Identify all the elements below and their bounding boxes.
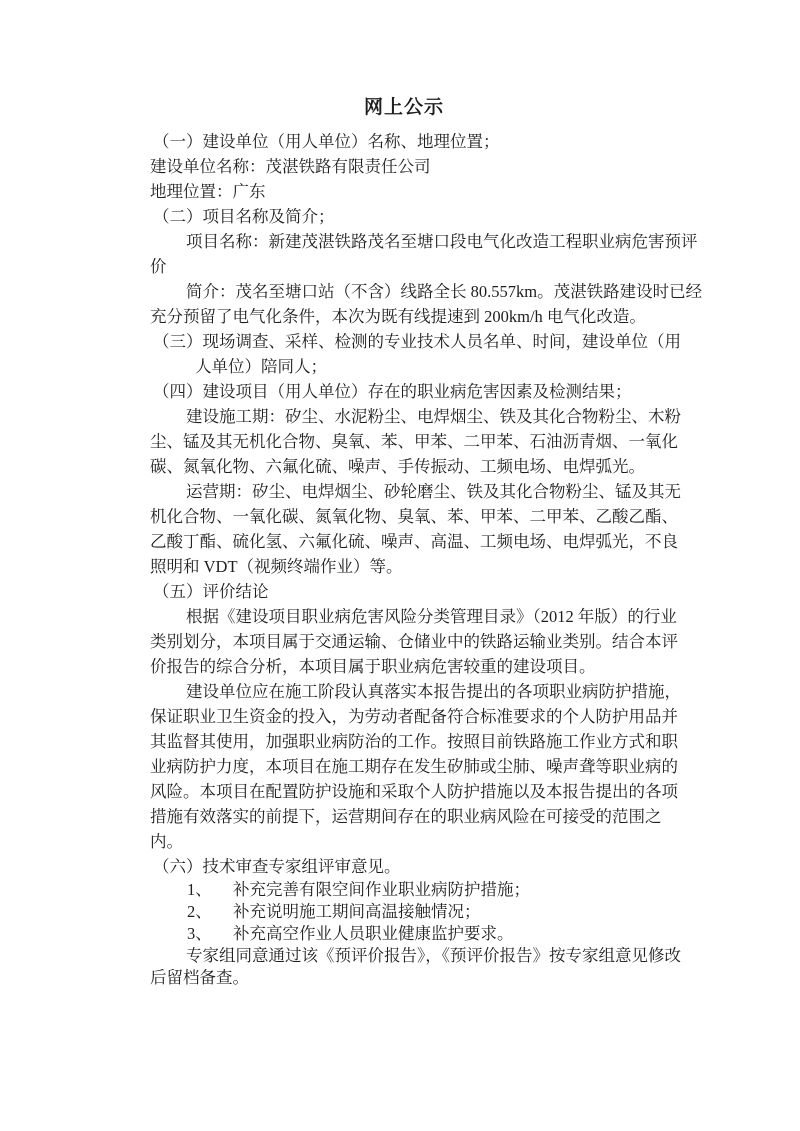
text-line: 乙酸丁酯、硫化氢、六氟化硫、噪声、高温、工频电场、电焊弧光，不良: [150, 529, 658, 554]
list-number: 3、: [187, 923, 233, 945]
text-line: 碳、氮氧化物、六氟化硫、噪声、手传振动、工频电场、电焊弧光。: [150, 454, 658, 479]
text-line: 充分预留了电气化条件，本次为既有线提速到 200km/h 电气化改造。: [150, 304, 658, 329]
text-line: 运营期：矽尘、电焊烟尘、砂轮磨尘、铁及其化合物粉尘、锰及其无: [150, 479, 658, 504]
text-line: 1、补充完善有限空间作业职业病防护措施；: [150, 879, 658, 901]
text-line: 业病防护力度，本项目在施工期存在发生矽肺或尘肺、噪声聋等职业病的: [150, 754, 658, 779]
document-page: 网上公示 （一）建设单位（用人单位）名称、地理位置；建设单位名称：茂湛铁路有限责…: [0, 0, 800, 1131]
list-text: 补充高空作业人员职业健康监护要求。: [233, 923, 514, 945]
document-content: 网上公示 （一）建设单位（用人单位）名称、地理位置；建设单位名称：茂湛铁路有限责…: [150, 95, 658, 989]
text-line: （二）项目名称及简介；: [150, 204, 658, 229]
text-line: 建设施工期：矽尘、水泥粉尘、电焊烟尘、铁及其化合物粉尘、木粉: [150, 404, 658, 429]
list-number: 2、: [187, 901, 233, 923]
text-line: 专家组同意通过该《预评价报告》，《预评价报告》按专家组意见修改: [150, 945, 658, 967]
list-text: 补充说明施工期间高温接触情况；: [233, 901, 481, 923]
text-line: （一）建设单位（用人单位）名称、地理位置；: [150, 129, 658, 154]
text-line: 保证职业卫生资金的投入，为劳动者配备符合标准要求的个人防护用品并: [150, 704, 658, 729]
list-number: 1、: [187, 879, 233, 901]
text-line: （六）技术审查专家组评审意见。: [150, 854, 658, 879]
text-line: 建设单位名称：茂湛铁路有限责任公司: [150, 154, 658, 179]
text-line: 价: [150, 254, 658, 279]
text-line: 尘、锰及其无机化合物、臭氧、苯、甲苯、二甲苯、石油沥青烟、一氧化: [150, 429, 658, 454]
text-line: 措施有效落实的前提下，运营期间存在的职业病风险在可接受的范围之: [150, 804, 658, 829]
text-line: 人单位）陪同人；: [150, 354, 658, 379]
text-line: 风险。本项目在配置防护设施和采取个人防护措施以及本报告提出的各项: [150, 779, 658, 804]
text-line: 建设单位应在施工阶段认真落实本报告提出的各项职业病防护措施，: [150, 679, 658, 704]
text-line: 其监督其使用，加强职业病防治的工作。按照目前铁路施工作业方式和职: [150, 729, 658, 754]
text-line: 内。: [150, 829, 658, 854]
text-line: 价报告的综合分析，本项目属于职业病危害较重的建设项目。: [150, 654, 658, 679]
text-line: 地理位置：广东: [150, 179, 658, 204]
text-line: 简介：茂名至塘口站（不含）线路全长 80.557km。茂湛铁路建设时已经: [150, 279, 658, 304]
text-line: 机化合物、一氧化碳、氮氧化物、臭氧、苯、甲苯、二甲苯、乙酸乙酯、: [150, 504, 658, 529]
text-line: （四）建设项目（用人单位）存在的职业病危害因素及检测结果；: [150, 379, 658, 404]
text-line: 项目名称：新建茂湛铁路茂名至塘口段电气化改造工程职业病危害预评: [150, 229, 658, 254]
text-line: 类别划分，本项目属于交通运输、仓储业中的铁路运输业类别。结合本评: [150, 629, 658, 654]
text-line: 3、补充高空作业人员职业健康监护要求。: [150, 923, 658, 945]
text-line: 照明和 VDT（视频终端作业）等。: [150, 554, 658, 579]
text-line: 根据《建设项目职业病危害风险分类管理目录》（2012 年版）的行业: [150, 604, 658, 629]
document-body: （一）建设单位（用人单位）名称、地理位置；建设单位名称：茂湛铁路有限责任公司地理…: [150, 129, 658, 989]
text-line: （三）现场调查、采样、检测的专业技术人员名单、时间，建设单位（用: [150, 329, 658, 354]
text-line: 后留档备查。: [150, 967, 658, 989]
text-line: 2、补充说明施工期间高温接触情况；: [150, 901, 658, 923]
text-line: （五）评价结论: [150, 579, 658, 604]
list-text: 补充完善有限空间作业职业病防护措施；: [233, 879, 530, 901]
page-title: 网上公示: [150, 95, 658, 120]
